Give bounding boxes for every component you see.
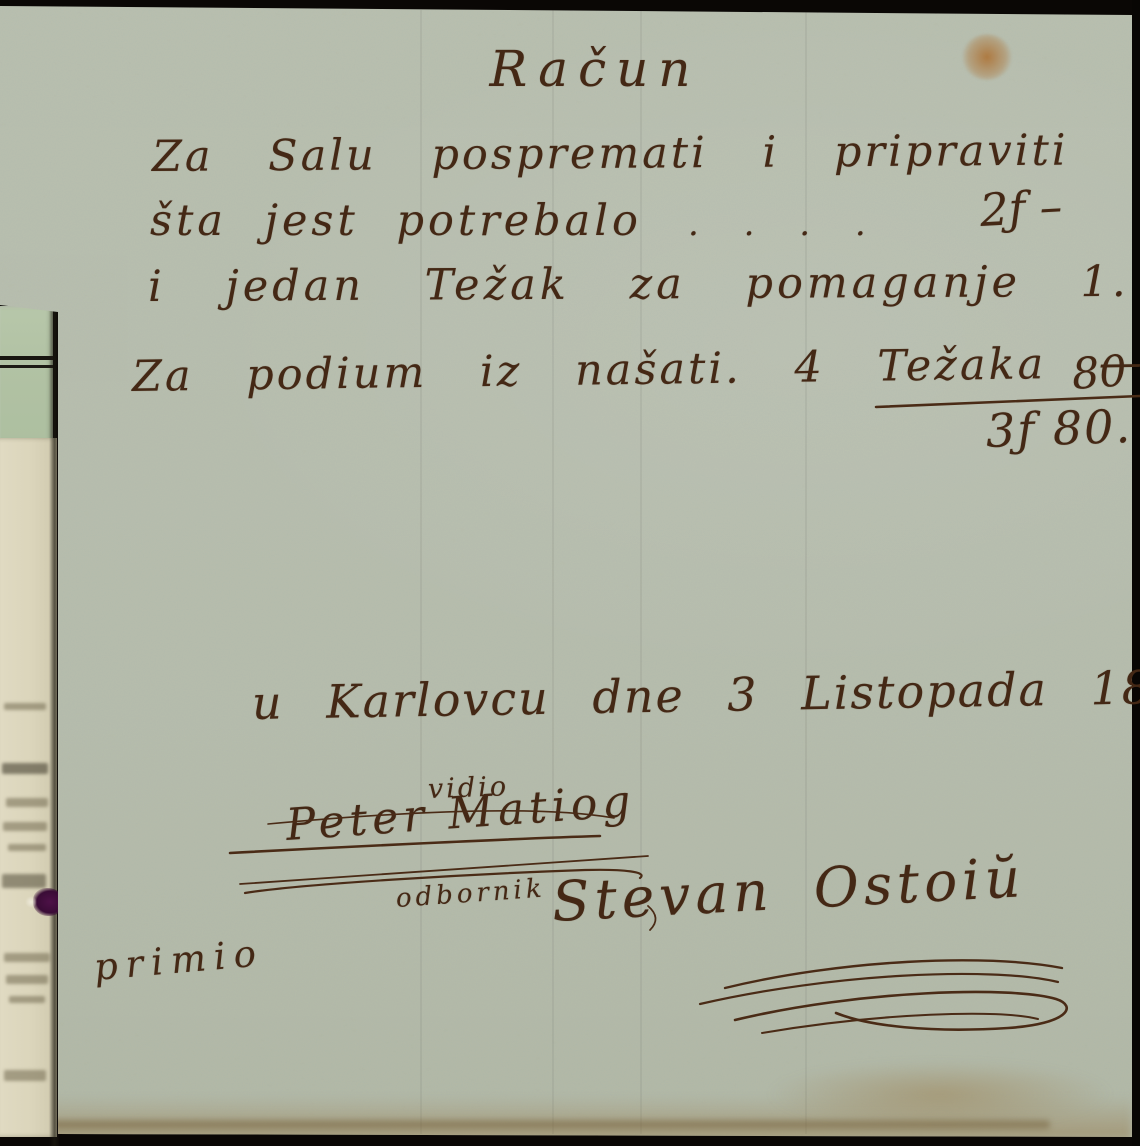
showthrough-text-smudge xyxy=(6,798,48,807)
showthrough-text-smudge xyxy=(4,1070,46,1081)
document-title: Račun xyxy=(470,40,720,98)
body-line-3: i jedan Težak za pomaganje 1. xyxy=(148,257,1130,312)
water-stain xyxy=(30,1120,1050,1129)
total-amount: 3ƒ 80. xyxy=(985,399,1133,458)
slip-printed-rule xyxy=(0,356,53,360)
showthrough-text-smudge xyxy=(3,822,47,831)
scan-background-strip xyxy=(1132,0,1140,1146)
slip-printed-rule xyxy=(0,365,53,368)
showthrough-text-smudge xyxy=(4,703,46,710)
fold-crease xyxy=(640,10,642,1134)
green-paper-slip xyxy=(0,306,53,442)
body-line-1: Za Salu pospremati i pripraviti xyxy=(152,126,1069,182)
paper-edge-shadow xyxy=(49,300,59,1146)
amount-line-2: 2ƒ – xyxy=(979,180,1064,237)
showthrough-text-smudge xyxy=(6,975,48,984)
showthrough-text-smudge xyxy=(2,763,48,774)
leader-dots: . . . . xyxy=(688,204,866,244)
showthrough-text-smudge xyxy=(9,996,45,1003)
showthrough-text-smudge xyxy=(4,953,50,962)
body-line-2: šta jest potrebalo xyxy=(150,196,642,246)
water-stain xyxy=(770,1062,1110,1126)
showthrough-text-smudge xyxy=(2,874,46,888)
scanned-document-canvas: Račun Za Salu pospremati i pripraviti št… xyxy=(0,0,1140,1146)
fold-crease xyxy=(805,10,807,1134)
amount-line-4: 80 xyxy=(1070,346,1128,400)
showthrough-text-smudge xyxy=(8,844,46,851)
rust-stain xyxy=(962,34,1012,80)
